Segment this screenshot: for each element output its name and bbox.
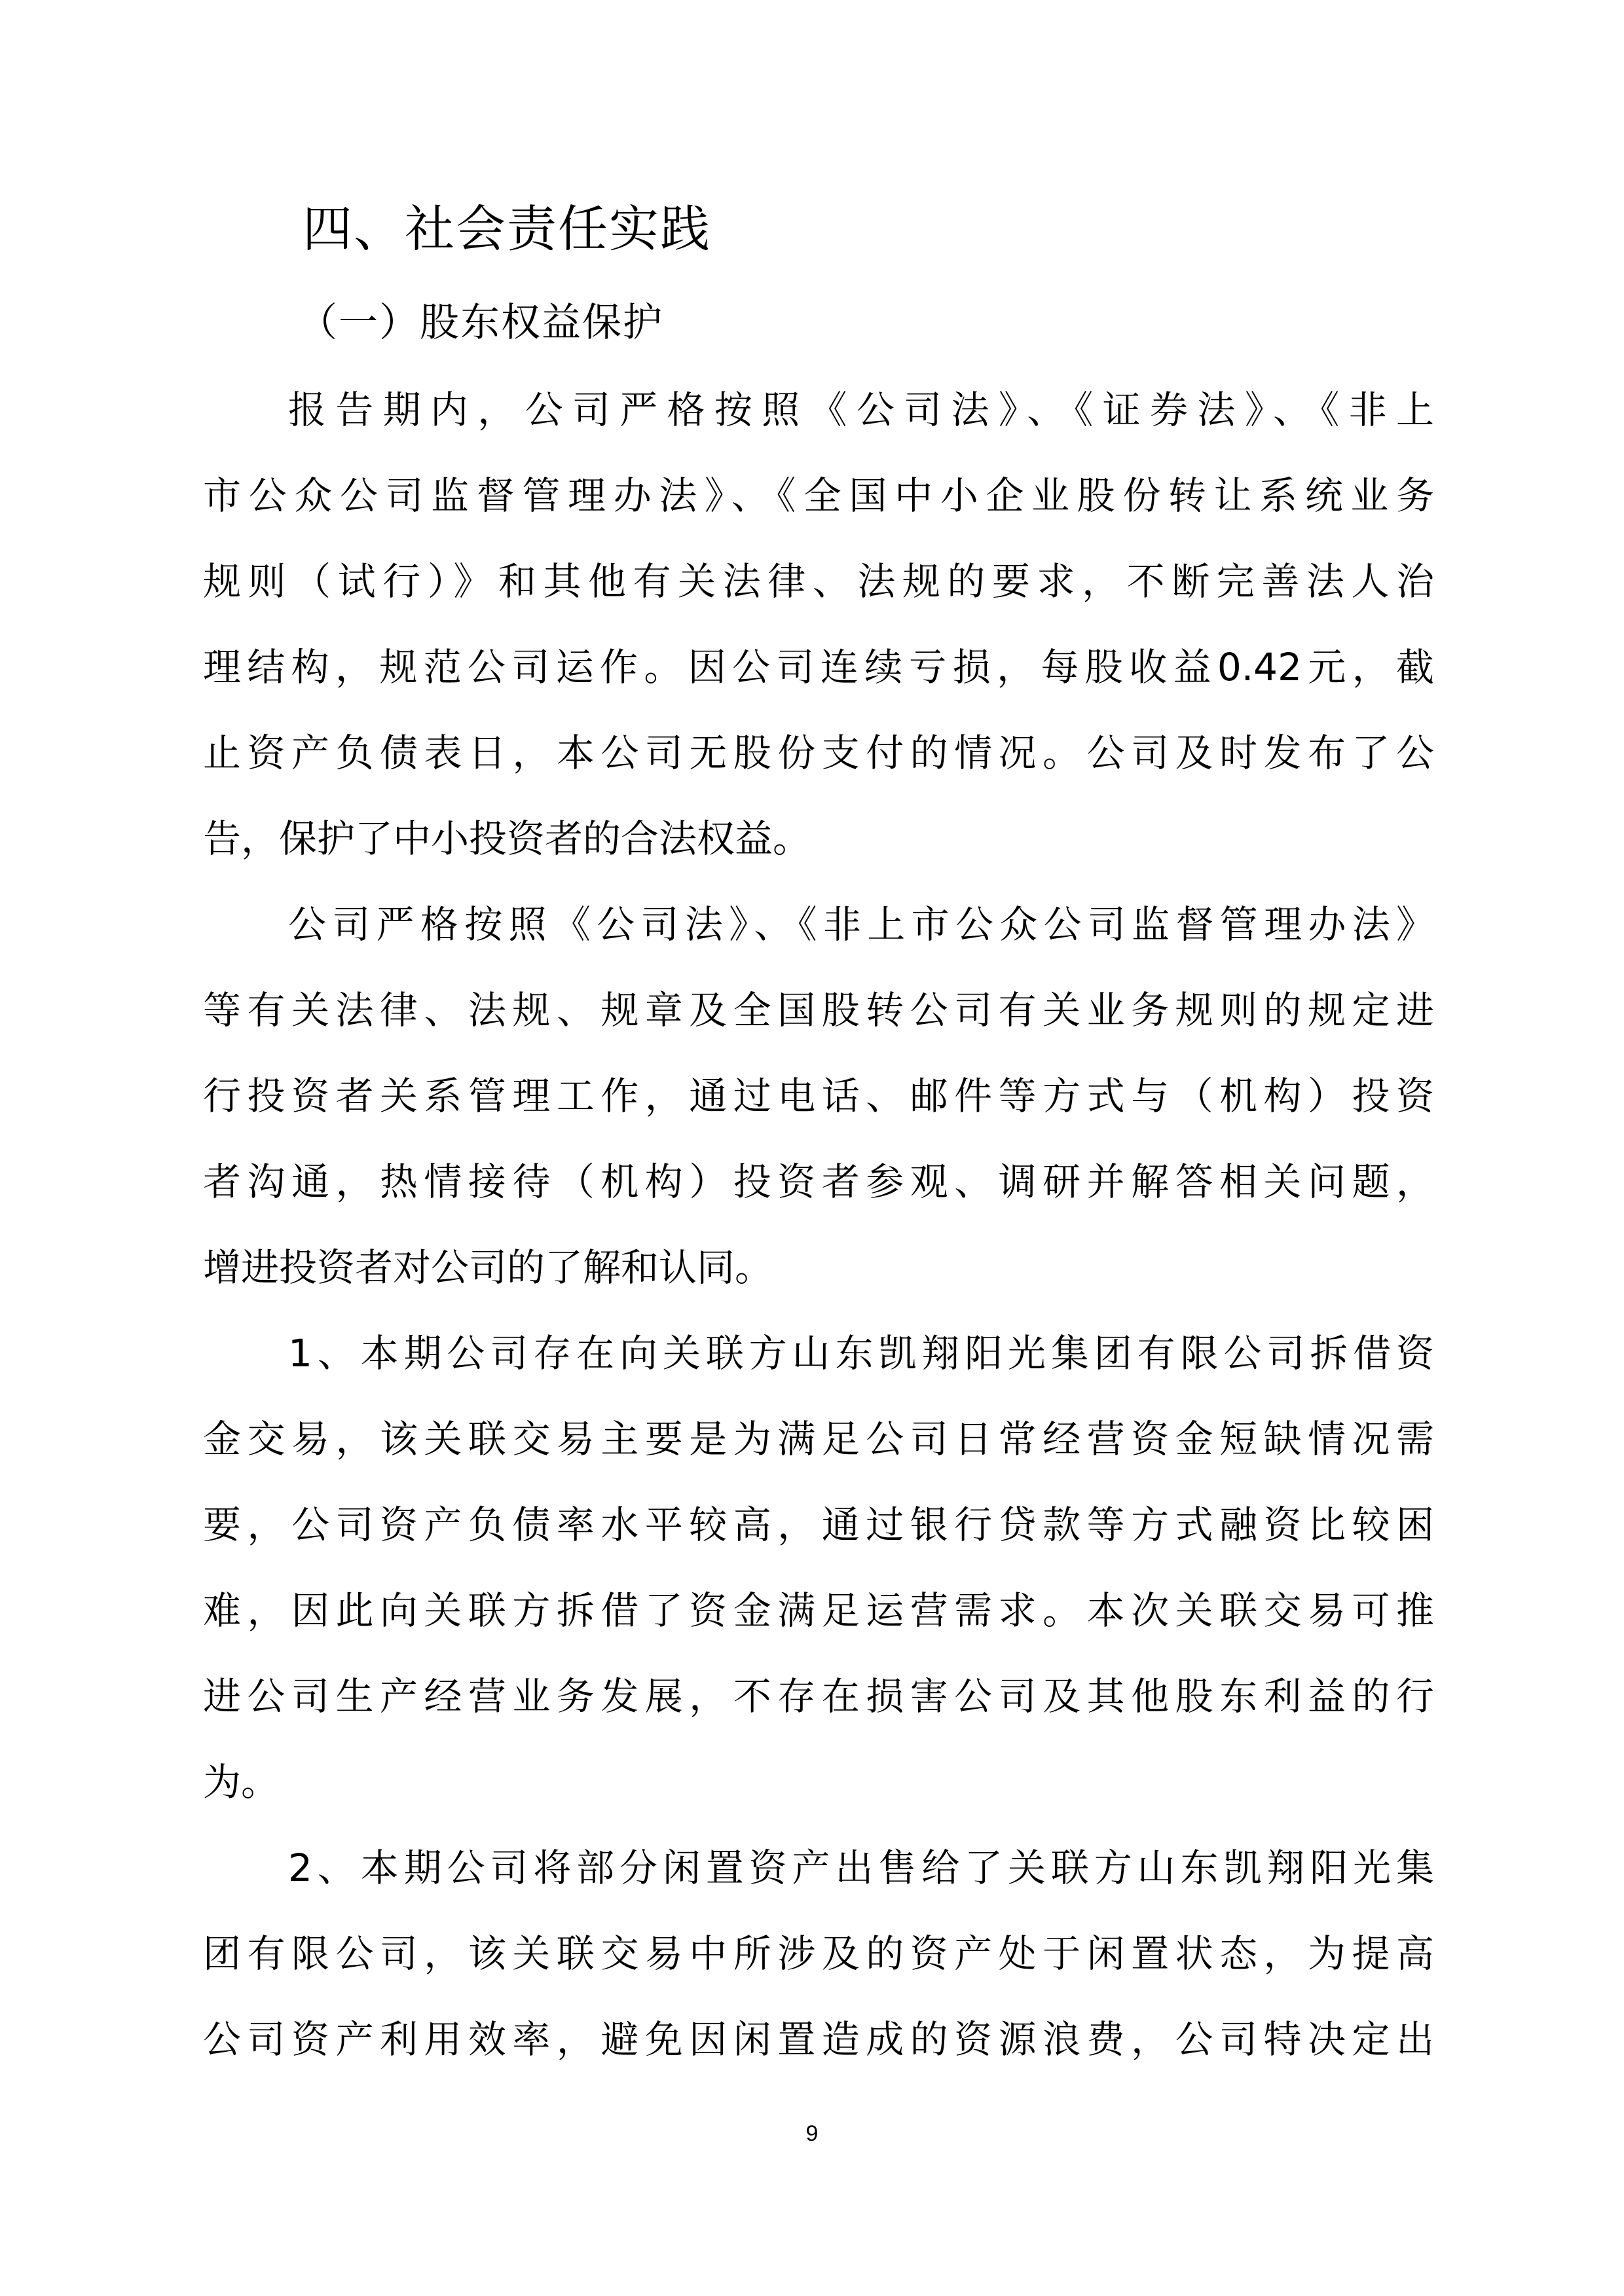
paragraph-line: 要，公司资产负债率水平较高，通过银行贷款等方式融资比较困 [203,1499,1434,1551]
paragraph-line: 规则（试行）》和其他有关法律、法规的要求，不断完善法人治 [203,555,1434,608]
paragraph-line: 团有限公司，该关联交易中所涉及的资产处于闲置状态，为提高 [203,1927,1434,1980]
paragraph-line: 理结构，规范公司运作。因公司连续亏损，每股收益0.42元，截 [203,641,1434,693]
paragraph-line: 止资产负债表日，本公司无股份支付的情况。公司及时发布了公 [203,727,1434,779]
paragraph-line: 者沟通，热情接待（机构）投资者参观、调研并解答相关问题， [203,1156,1434,1208]
paragraph-line: 1、本期公司存在向关联方山东凯翔阳光集团有限公司拆借资 [288,1327,1434,1379]
paragraph-line: 公司资产利用效率，避免因闲置造成的资源浪费，公司特决定出 [203,2013,1434,2066]
paragraph-line: 行投资者关系管理工作，通过电话、邮件等方式与（机构）投资 [203,1070,1434,1122]
paragraph-line: 告，保护了中小投资者的合法权益。 [203,812,1434,865]
paragraph-line: 进公司生产经营业务发展，不存在损害公司及其他股东利益的行 [203,1670,1434,1722]
paragraph-line: 市公众公司监督管理办法》、《全国中小企业股份转让系统业务 [203,469,1434,522]
paragraph-line: 2、本期公司将部分闲置资产出售给了关联方山东凯翔阳光集 [288,1842,1434,1894]
paragraph-line: 为。 [203,1756,1434,1808]
section-title: 四、社会责任实践 [303,196,711,262]
page-number: 9 [0,2121,1624,2147]
paragraph-line: 难，因此向关联方拆借了资金满足运营需求。本次关联交易可推 [203,1584,1434,1637]
document-page: 四、社会责任实践 （一）股东权益保护 报告期内，公司严格按照《公司法》、《证券法… [0,0,1624,2296]
subsection-title: （一）股东权益保护 [298,293,663,352]
paragraph-line: 金交易，该关联交易主要是为满足公司日常经营资金短缺情况需 [203,1413,1434,1465]
paragraph-line: 公司严格按照《公司法》、《非上市公众公司监督管理办法》 [288,898,1434,951]
paragraph-line: 等有关法律、法规、规章及全国股转公司有关业务规则的规定进 [203,984,1434,1036]
paragraph-line: 报告期内，公司严格按照《公司法》、《证券法》、《非上 [288,384,1434,436]
paragraph-line: 增进投资者对公司的了解和认同。 [203,1241,1434,1294]
